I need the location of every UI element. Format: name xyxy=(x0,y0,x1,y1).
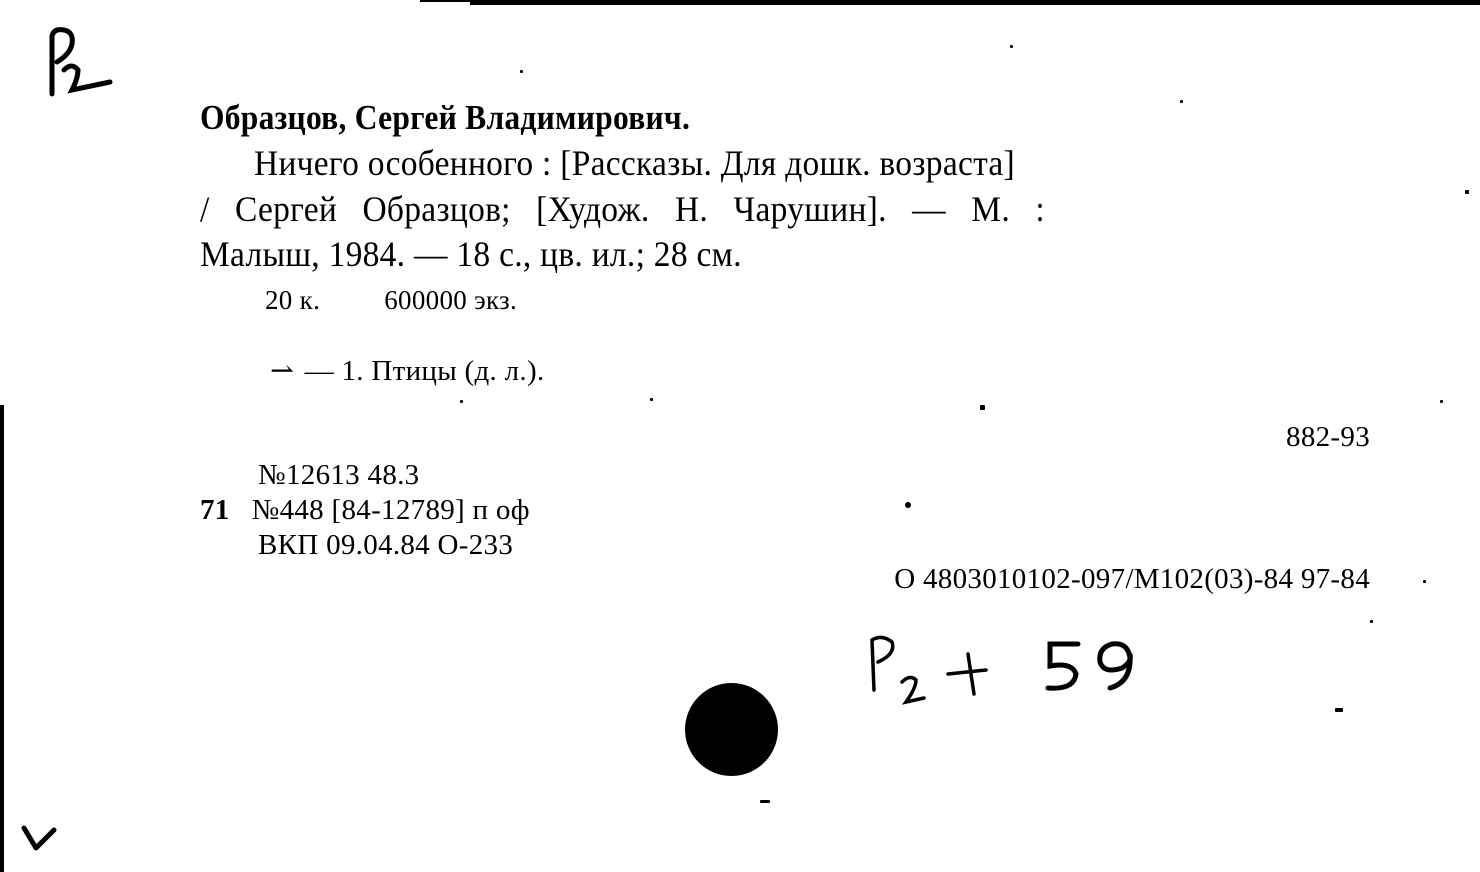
title-line-2: / Сергей Образцов; [Худож. Н. Чарушин]. … xyxy=(200,188,1045,230)
scan-speck xyxy=(460,400,463,403)
handwritten-p2-plus-59 xyxy=(860,632,1160,712)
scan-speck xyxy=(1180,100,1183,103)
vkp-line: ВКП 09.04.84 О-233 xyxy=(258,529,513,562)
classification-code: 882-93 xyxy=(1286,421,1370,454)
title-line-3: Малыш, 1984. — 18 с., цв. ил.; 28 см. xyxy=(200,233,742,275)
scan-speck xyxy=(1010,45,1013,48)
card-number: №12613 48.3 xyxy=(258,459,419,492)
scan-speck xyxy=(520,70,523,73)
order-text: №448 [84-12789] п оф xyxy=(252,494,530,526)
scan-speck xyxy=(1370,620,1373,623)
card-left-edge xyxy=(0,405,4,872)
card-top-edge-thin xyxy=(420,0,480,2)
scan-speck xyxy=(1335,708,1343,712)
scan-speck xyxy=(905,502,911,508)
subject-mark-icon: ⇀ xyxy=(270,353,295,388)
scan-speck xyxy=(650,398,653,401)
scan-speck xyxy=(760,800,770,803)
publication-code: О 4803010102-097/М102(03)-84 97-84 xyxy=(894,563,1370,596)
subject-entry: ⇀— 1. Птицы (д. л.). xyxy=(270,353,545,388)
subject-text: — 1. Птицы (д. л.). xyxy=(305,355,545,387)
handwritten-p2-mark xyxy=(42,22,117,97)
title-line-1: Ничего особенного : [Рассказы. Для дошк.… xyxy=(254,142,1015,184)
order-line: 71№448 [84-12789] п оф xyxy=(200,494,530,527)
price-and-print-run: 20 к. 600000 экз. xyxy=(265,285,517,316)
print-run: 600000 экз. xyxy=(384,285,517,315)
scan-speck xyxy=(1465,190,1469,194)
scan-speck xyxy=(980,405,985,410)
author-heading: Образцов, Сергей Владимирович. xyxy=(200,98,690,138)
scan-speck xyxy=(1440,400,1443,403)
handwritten-check-icon xyxy=(20,820,65,855)
card-hole-punch xyxy=(685,683,778,776)
order-prefix: 71 xyxy=(200,494,230,526)
price: 20 к. xyxy=(265,285,320,315)
scan-speck xyxy=(1423,580,1426,583)
card-top-edge xyxy=(470,0,1480,5)
